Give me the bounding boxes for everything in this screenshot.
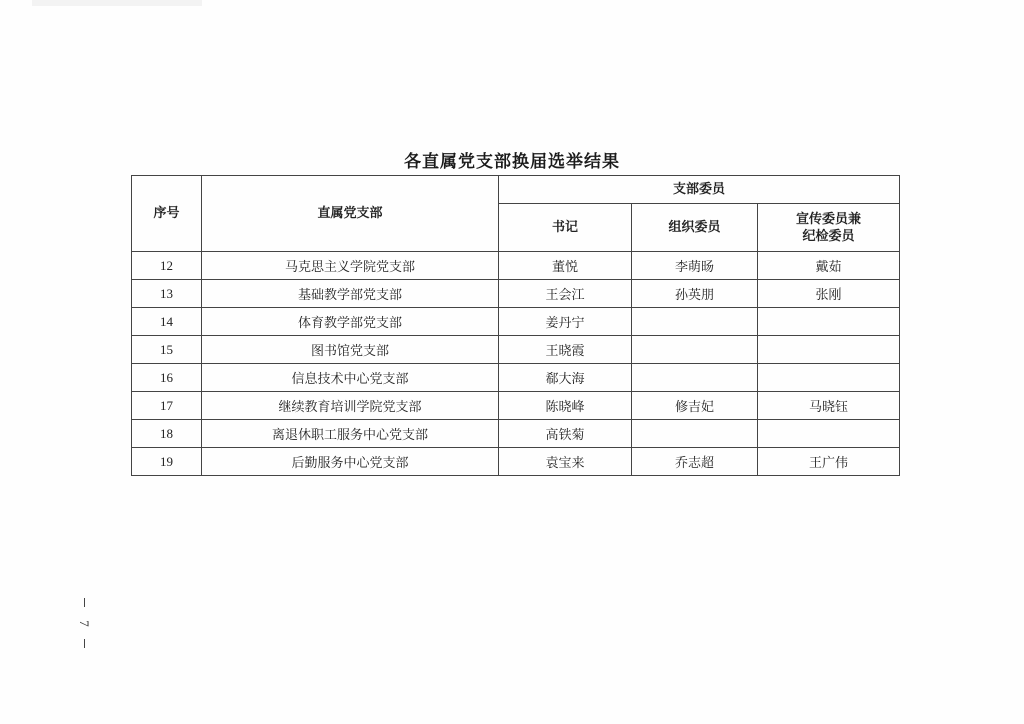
cell-secretary: 高铁菊 bbox=[499, 420, 632, 448]
document-title: 各直属党支部换届选举结果 bbox=[0, 147, 1024, 172]
cell-seq: 13 bbox=[132, 280, 202, 308]
cell-branch: 马克思主义学院党支部 bbox=[202, 252, 499, 280]
cell-propaganda: 王广伟 bbox=[758, 448, 900, 476]
cell-secretary: 董悦 bbox=[499, 252, 632, 280]
cell-propaganda: 张刚 bbox=[758, 280, 900, 308]
cell-secretary: 姜丹宁 bbox=[499, 308, 632, 336]
cell-organization: 李萌旸 bbox=[632, 252, 758, 280]
cell-seq: 14 bbox=[132, 308, 202, 336]
table-row: 16 信息技术中心党支部 郗大海 bbox=[132, 364, 900, 392]
cell-propaganda bbox=[758, 420, 900, 448]
cell-propaganda bbox=[758, 336, 900, 364]
header-committee: 支部委员 bbox=[499, 176, 900, 204]
election-results-table: 序号 直属党支部 支部委员 书记 组织委员 宣传委员兼 纪检委员 12 马克思主… bbox=[131, 175, 900, 476]
cell-seq: 19 bbox=[132, 448, 202, 476]
cell-branch: 体育教学部党支部 bbox=[202, 308, 499, 336]
table-row: 19 后勤服务中心党支部 袁宝来 乔志超 王广伟 bbox=[132, 448, 900, 476]
header-seq: 序号 bbox=[132, 176, 202, 252]
cell-organization: 乔志超 bbox=[632, 448, 758, 476]
cell-propaganda bbox=[758, 308, 900, 336]
cell-organization bbox=[632, 336, 758, 364]
cell-organization: 修吉妃 bbox=[632, 392, 758, 420]
header-propaganda-line1: 宣传委员兼 bbox=[758, 211, 899, 228]
page-number: 7 bbox=[72, 598, 96, 648]
table-row: 17 继续教育培训学院党支部 陈晓峰 修吉妃 马晓钰 bbox=[132, 392, 900, 420]
cell-branch: 离退休职工服务中心党支部 bbox=[202, 420, 499, 448]
cell-branch: 后勤服务中心党支部 bbox=[202, 448, 499, 476]
table-row: 15 图书馆党支部 王晓霞 bbox=[132, 336, 900, 364]
cell-organization: 孙英朋 bbox=[632, 280, 758, 308]
page-dash-bottom bbox=[84, 639, 85, 648]
cell-secretary: 袁宝来 bbox=[499, 448, 632, 476]
cell-organization bbox=[632, 420, 758, 448]
header-organization: 组织委员 bbox=[632, 204, 758, 252]
cell-seq: 16 bbox=[132, 364, 202, 392]
cell-branch: 信息技术中心党支部 bbox=[202, 364, 499, 392]
cell-organization bbox=[632, 308, 758, 336]
cell-propaganda: 戴茹 bbox=[758, 252, 900, 280]
cell-branch: 基础教学部党支部 bbox=[202, 280, 499, 308]
cell-seq: 18 bbox=[132, 420, 202, 448]
header-propaganda: 宣传委员兼 纪检委员 bbox=[758, 204, 900, 252]
cell-secretary: 郗大海 bbox=[499, 364, 632, 392]
page-number-digit: 7 bbox=[78, 620, 91, 627]
cell-secretary: 王会江 bbox=[499, 280, 632, 308]
cell-secretary: 王晓霞 bbox=[499, 336, 632, 364]
header-propaganda-line2: 纪检委员 bbox=[758, 228, 899, 245]
scan-artifact bbox=[32, 0, 202, 6]
cell-branch: 图书馆党支部 bbox=[202, 336, 499, 364]
table-row: 18 离退休职工服务中心党支部 高铁菊 bbox=[132, 420, 900, 448]
cell-propaganda bbox=[758, 364, 900, 392]
page-dash-top bbox=[84, 598, 85, 607]
cell-organization bbox=[632, 364, 758, 392]
header-branch: 直属党支部 bbox=[202, 176, 499, 252]
cell-seq: 15 bbox=[132, 336, 202, 364]
cell-secretary: 陈晓峰 bbox=[499, 392, 632, 420]
cell-seq: 17 bbox=[132, 392, 202, 420]
table-row: 12 马克思主义学院党支部 董悦 李萌旸 戴茹 bbox=[132, 252, 900, 280]
table-row: 13 基础教学部党支部 王会江 孙英朋 张刚 bbox=[132, 280, 900, 308]
header-secretary: 书记 bbox=[499, 204, 632, 252]
cell-branch: 继续教育培训学院党支部 bbox=[202, 392, 499, 420]
cell-propaganda: 马晓钰 bbox=[758, 392, 900, 420]
table-row: 14 体育教学部党支部 姜丹宁 bbox=[132, 308, 900, 336]
cell-seq: 12 bbox=[132, 252, 202, 280]
